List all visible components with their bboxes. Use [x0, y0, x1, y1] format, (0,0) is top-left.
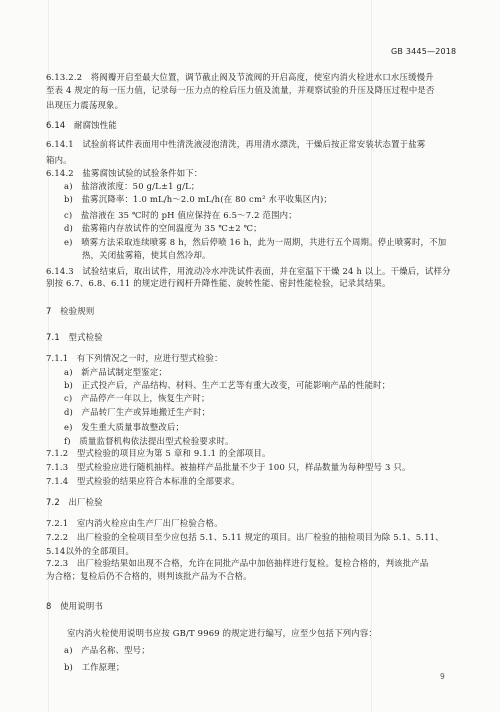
clause-6-14-3-cont: 别按 6.7、6.8、6.11 的规定进行阀杆升降性能、旋转性能、密封性能检验，… [46, 277, 391, 289]
clause-6-13-2-2-cont: 至表 4 规定的每一压力值，记录每一压力点的栓后压力值及流量，并观察试验的升压及… [46, 84, 435, 96]
clause-7-1-4: 7.1.4 型式检验的结果应符合本标准的全部要求。 [46, 475, 240, 487]
list-item: a) 新产品试制定型鉴定； [64, 366, 167, 378]
chapter-8-heading: 8 使用说明书 [46, 600, 103, 612]
list-item: f) 质量监督机构依法提出型式检验要求时。 [64, 435, 234, 447]
list-item: b) 工作原理； [64, 661, 124, 673]
list-item: e) 发生重大质量事故整改后； [64, 421, 184, 433]
clause-6-14-3: 6.14.3 试验结束后，取出试件，用流动冷水冲洗试件表面，并在室温下干燥 24… [46, 265, 451, 277]
clause-7-2-2-cont: 5.14以外的全部项目。 [46, 545, 134, 557]
list-item: c) 盐溶液在 35 ℃时的 pH 值应保持在 6.5～7.2 范围内； [64, 209, 297, 221]
clause-7-1-3: 7.1.3 型式检验应进行随机抽样。被抽样产品批量不少于 100 只，样品数量为… [46, 461, 411, 473]
list-item: b) 正式投产后，产品结构、材料、生产工艺等有重大改变，可能影响产品的性能时； [64, 379, 390, 391]
clause-7-2-3-cont: 为合格；复检后仍不合格的，则判该批产品为不合格。 [46, 570, 252, 582]
clause-6-14-2: 6.14.2 盐雾腐蚀试验的试验条件如下： [46, 167, 202, 179]
list-item: e) 喷雾方法采取连续喷雾 8 h，然后停喷 16 h，此为一周期，共进行五个周… [64, 236, 446, 248]
clause-7-2-2: 7.2.2 出厂检验的全检项目至少应包括 5.1、5.11 规定的项目。出厂检验… [46, 531, 444, 543]
clause-6-13-2-2: 6.13.2.2 将阀瓣开启至最大位置，调节截止阀及节流阀的开启高度，使室内消火… [46, 71, 434, 83]
list-item: c) 产品停产一年以上，恢复生产时； [64, 392, 210, 404]
list-item: a) 盐溶液浓度：50 g/L±1 g/L； [64, 180, 199, 192]
section-6-14-heading: 6.14 耐腐蚀性能 [46, 119, 117, 131]
section-7-1-heading: 7.1 型式检验 [46, 331, 103, 343]
list-item: a) 产品名称、型号； [64, 644, 150, 656]
clause-7-1-2: 7.1.2 型式检验的项目应为第 5 章和 9.1.1 的全部项目。 [46, 447, 271, 459]
page-number: 9 [440, 671, 445, 683]
chapter-8-intro: 室内消火栓使用说明书应按 GB/T 9969 的规定进行编写，应至少包括下列内容… [67, 627, 377, 639]
clause-7-2-1: 7.2.1 室内消火栓应由生产厂出厂检验合格。 [46, 517, 223, 529]
list-item: d) 产品转厂生产或异地搬迁生产时； [64, 406, 210, 418]
clause-6-14-1-cont: 箱内。 [46, 154, 72, 166]
clause-6-13-2-2-cont: 出现压力震荡现象。 [46, 99, 123, 111]
clause-7-1-1: 7.1.1 有下列情况之一时，应进行型式检验： [46, 352, 223, 364]
clause-6-14-1: 6.14.1 试验前将试件表面用中性清洗液浸泡清洗，再用清水漂洗，干燥后按正常安… [46, 138, 425, 150]
list-item: d) 盐雾箱内存放试件的空间温度为 35 ℃±2 ℃； [64, 222, 262, 234]
chapter-7-heading: 7 检验规则 [46, 305, 94, 317]
running-header: GB 3445—2018 [391, 46, 456, 58]
clause-7-2-3: 7.2.3 出厂检验结果如出现不合格，允许在同批产品中加倍抽样进行复检。复检合格… [46, 557, 428, 569]
list-item-cont: 热，关闭盐雾箱，使其自然冷却。 [82, 249, 211, 261]
list-item: b) 盐雾沉降率：1.0 mL/h～2.0 mL/h(在 80 cm² 水平收集… [64, 193, 332, 205]
scan-artifact-line [371, 0, 372, 712]
section-7-2-heading: 7.2 出厂检验 [46, 496, 103, 508]
